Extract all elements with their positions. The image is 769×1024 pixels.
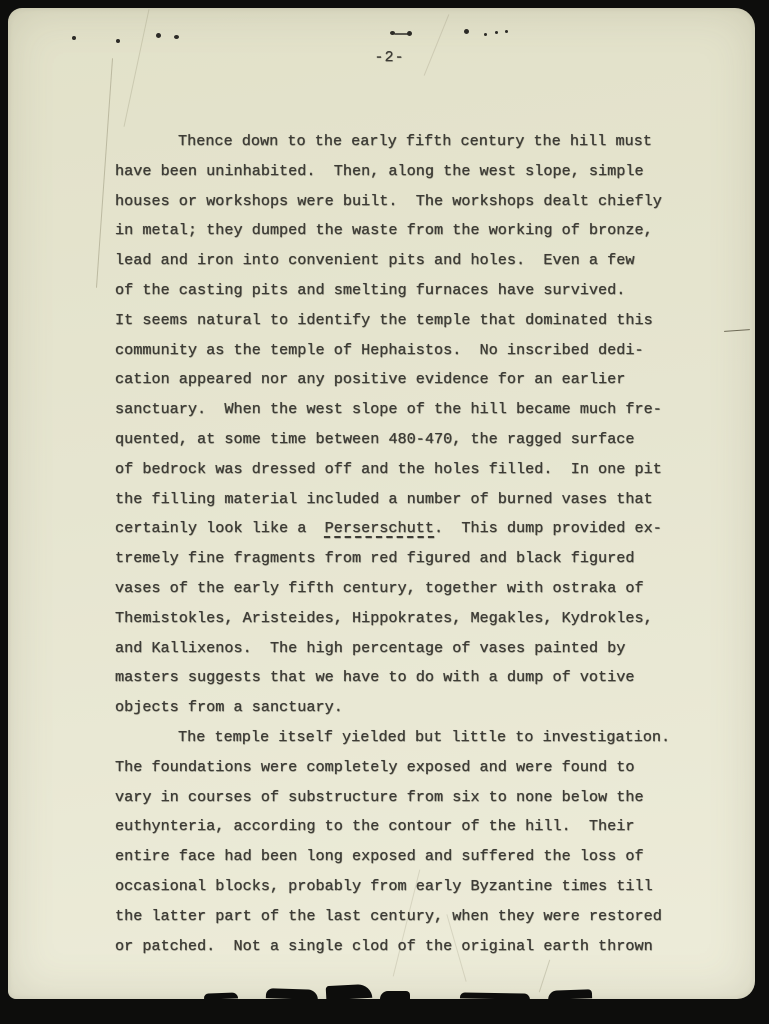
text-segment: Themistokles, Aristeides, Hippokrates, M… [115, 609, 653, 627]
text-segment: Thence down to the early fifth century t… [178, 132, 652, 150]
text-segment: of bedrock was dressed off and the holes… [115, 460, 662, 478]
text-line: vary in courses of substructure from six… [115, 783, 670, 813]
text-segment: certainly look like a [115, 519, 325, 537]
torn-edge-mark [204, 992, 238, 999]
torn-edge-mark [326, 984, 373, 999]
text-segment: objects from a sanctuary. [115, 698, 343, 716]
text-segment: community as the temple of Hephaistos. N… [115, 341, 644, 359]
text-segment: entire face had been long exposed and su… [115, 847, 644, 865]
text-line: community as the temple of Hephaistos. N… [115, 336, 670, 366]
text-segment: the latter part of the last century, whe… [115, 907, 662, 925]
torn-edge-crack [539, 960, 550, 993]
text-segment: houses or workshops were built. The work… [115, 192, 662, 210]
ink-speck [156, 33, 161, 38]
text-segment: or patched. Not a single clod of the ori… [115, 937, 653, 955]
text-segment: The temple itself yielded but little to … [178, 728, 670, 746]
text-line: the filling material included a number o… [115, 485, 670, 515]
text-line: The temple itself yielded but little to … [115, 723, 670, 753]
text-segment: tremely fine fragments from red figured … [115, 549, 635, 567]
torn-edge-mark [460, 992, 530, 999]
torn-edge-mark [380, 991, 410, 999]
ink-speck [116, 39, 120, 43]
document-body: Thence down to the early fifth century t… [115, 127, 670, 961]
text-line: houses or workshops were built. The work… [115, 187, 670, 217]
text-line: masters suggests that we have to do with… [115, 663, 670, 693]
text-line: the latter part of the last century, whe… [115, 902, 670, 932]
text-segment: and Kallixenos. The high percentage of v… [115, 639, 625, 657]
text-segment: of the casting pits and smelting furnace… [115, 281, 625, 299]
paper-sheet: -2- Thence down to the early fifth centu… [8, 8, 755, 999]
underlined-term: Perserschutt [325, 519, 434, 537]
ink-speck [464, 29, 469, 34]
text-line: sanctuary. When the west slope of the hi… [115, 395, 670, 425]
text-line: objects from a sanctuary. [115, 693, 670, 723]
text-segment: sanctuary. When the west slope of the hi… [115, 400, 662, 418]
torn-edge-mark [266, 988, 318, 999]
text-segment: masters suggests that we have to do with… [115, 668, 635, 686]
scratch-line [424, 14, 450, 76]
text-segment: It seems natural to identify the temple … [115, 311, 653, 329]
scratch-line [124, 9, 150, 127]
text-line: of the casting pits and smelting furnace… [115, 276, 670, 306]
text-line: quented, at some time between 480-470, t… [115, 425, 670, 455]
torn-edge-mark [548, 989, 592, 999]
text-segment: in metal; they dumped the waste from the… [115, 221, 653, 239]
text-line: or patched. Not a single clod of the ori… [115, 932, 670, 962]
text-segment: quented, at some time between 480-470, t… [115, 430, 635, 448]
text-line: It seems natural to identify the temple … [115, 306, 670, 336]
text-segment: The foundations were completely exposed … [115, 758, 635, 776]
text-line: vases of the early fifth century, togeth… [115, 574, 670, 604]
text-segment: the filling material included a number o… [115, 490, 653, 508]
text-line: in metal; they dumped the waste from the… [115, 216, 670, 246]
text-line: tremely fine fragments from red figured … [115, 544, 670, 574]
text-line: and Kallixenos. The high percentage of v… [115, 634, 670, 664]
page-number: -2- [16, 48, 755, 66]
text-line: certainly look like a Perserschutt. This… [115, 514, 670, 544]
text-line: The foundations were completely exposed … [115, 753, 670, 783]
ink-speck [505, 30, 508, 33]
text-segment: vary in courses of substructure from six… [115, 788, 644, 806]
text-line: have been uninhabited. Then, along the w… [115, 157, 670, 187]
ink-speck [394, 33, 408, 35]
text-line: Thence down to the early fifth century t… [115, 127, 670, 157]
scan-background: -2- Thence down to the early fifth centu… [0, 0, 769, 1024]
text-segment: . This dump provided ex- [434, 519, 662, 537]
text-line: entire face had been long exposed and su… [115, 842, 670, 872]
text-segment: euthynteria, according to the contour of… [115, 817, 635, 835]
scratch-line [96, 58, 113, 288]
ink-speck [174, 35, 179, 39]
text-line: occasional blocks, probably from early B… [115, 872, 670, 902]
ink-speck [407, 31, 412, 36]
text-segment: vases of the early fifth century, togeth… [115, 579, 644, 597]
text-segment: have been uninhabited. Then, along the w… [115, 162, 644, 180]
text-segment: lead and iron into convenient pits and h… [115, 251, 635, 269]
text-line: euthynteria, according to the contour of… [115, 812, 670, 842]
ink-speck [72, 36, 76, 40]
text-line: lead and iron into convenient pits and h… [115, 246, 670, 276]
text-line: cation appeared nor any positive evidenc… [115, 365, 670, 395]
text-line: Themistokles, Aristeides, Hippokrates, M… [115, 604, 670, 634]
text-segment: cation appeared nor any positive evidenc… [115, 370, 625, 388]
ink-speck [495, 31, 498, 34]
text-line: of bedrock was dressed off and the holes… [115, 455, 670, 485]
text-segment: occasional blocks, probably from early B… [115, 877, 653, 895]
edge-crack [724, 329, 750, 332]
ink-speck [484, 33, 487, 36]
